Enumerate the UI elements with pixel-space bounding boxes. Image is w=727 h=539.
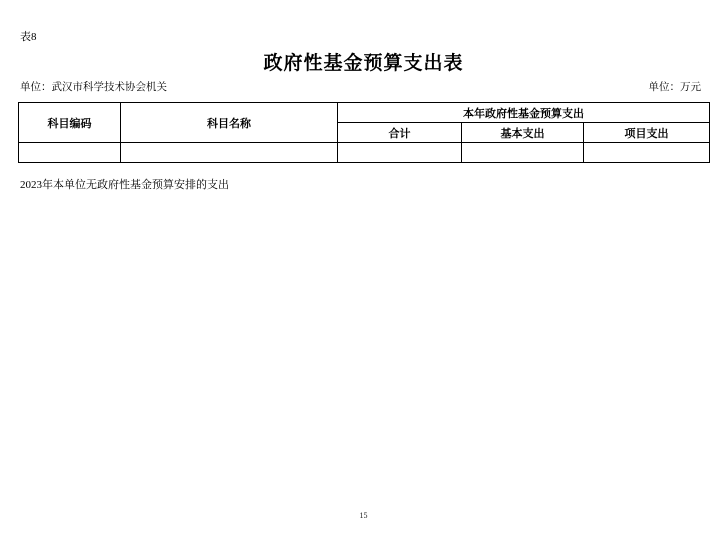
cell-total: [338, 143, 462, 163]
unit-currency-label: 单位：万元: [649, 82, 702, 95]
table-label: 表8: [20, 31, 37, 43]
cell-project-expenditure: [584, 143, 710, 163]
col-header-subject-name: 科目名称: [121, 103, 338, 143]
page-title: 政府性基金预算支出表: [0, 54, 727, 73]
col-header-subject-code: 科目编码: [19, 103, 121, 143]
document-page: 表8 政府性基金预算支出表 单位：武汉市科学技术协会机关 单位：万元 科目编码 …: [0, 0, 727, 539]
cell-subject-code: [19, 143, 121, 163]
note-text: 2023年本单位无政府性基金预算安排的支出: [20, 179, 229, 192]
unit-row: 单位：武汉市科学技术协会机关 单位：万元: [20, 82, 701, 95]
table-row: [19, 143, 710, 163]
page-number: 15: [0, 511, 727, 520]
cell-basic-expenditure: [462, 143, 584, 163]
col-header-current-year-fund-expenditure: 本年政府性基金预算支出: [338, 103, 710, 123]
budget-table: 科目编码 科目名称 本年政府性基金预算支出 合计 基本支出 项目支出: [18, 102, 710, 163]
header-row-1: 科目编码 科目名称 本年政府性基金预算支出: [19, 103, 710, 123]
budget-table-header: 科目编码 科目名称 本年政府性基金预算支出 合计 基本支出 项目支出: [19, 103, 710, 143]
cell-subject-name: [121, 143, 338, 163]
col-header-total: 合计: [338, 123, 462, 143]
budget-table-body: [19, 143, 710, 163]
unit-name-label: 单位：武汉市科学技术协会机关: [20, 82, 167, 95]
col-header-project-expenditure: 项目支出: [584, 123, 710, 143]
col-header-basic-expenditure: 基本支出: [462, 123, 584, 143]
